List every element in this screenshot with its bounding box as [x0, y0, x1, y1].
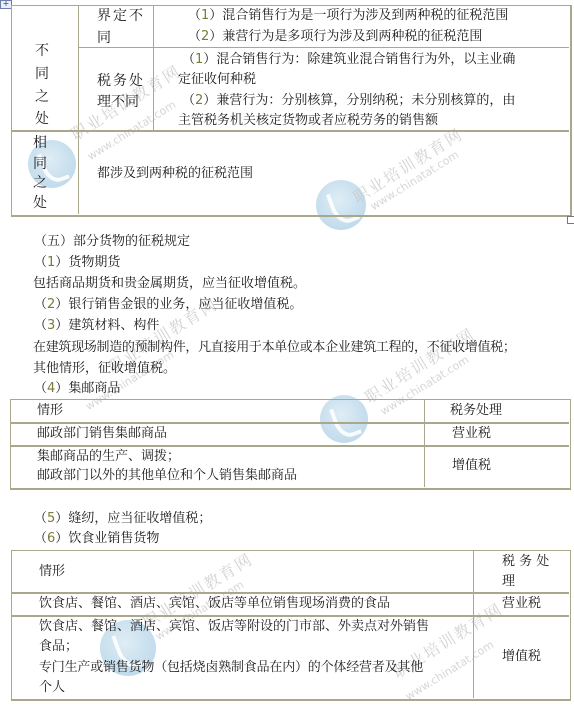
tax-label: 理不同: [97, 93, 139, 111]
item-title: 缝纫，应当征收增值税；: [68, 511, 211, 526]
item-heading: （1）货物期货: [34, 254, 120, 272]
column-header-tax: 税 务 处: [502, 553, 549, 571]
table-cell-case: 饮食店、餐馆、酒店、宾馆、饭店等附设的门市部、外卖点对外销售: [39, 618, 429, 636]
item-title: 集邮商品: [68, 381, 120, 396]
diff-label-char: 处: [32, 108, 52, 131]
column-header-case: 情形: [37, 402, 63, 420]
table-cell-case: 食品；: [39, 638, 78, 656]
item-number: 3: [47, 318, 55, 333]
column-header-tax: 税务处理: [450, 402, 502, 420]
tax-item-cont: 定征收何种税: [178, 71, 256, 89]
same-text: 都涉及到两种税的征税范围: [97, 165, 253, 183]
section-heading: （五）部分货物的征税规定: [34, 233, 190, 251]
item-body: 在建筑现场制造的预制构件，凡直接用于本单位或本企业建筑工程的，不征收增值税；: [33, 339, 516, 357]
definition-label: 同: [97, 29, 111, 47]
item-title: 货物期货: [68, 255, 120, 270]
table-cell-tax: 增值税: [502, 648, 541, 666]
table-divider: [78, 47, 569, 48]
item-number: 1: [195, 52, 203, 67]
table-cell-case: 专门生产或销售货物（包括烧卤熟制食品在内）的个体经营者及其他: [39, 659, 423, 677]
item-number: 2: [201, 29, 209, 44]
table-cell-case: 邮政部门以外的其他单位和个人销售集邮商品: [37, 467, 297, 485]
diff-label-char: 之: [32, 86, 52, 109]
table-cell-case: 饮食店、餐馆、酒店、宾馆、饭店等单位销售现场消费的食品: [39, 595, 390, 613]
definition-item: （2）兼营行为是多项行为涉及到两种税的征税范围: [188, 28, 482, 46]
item-heading: （5）缝纫，应当征收增值税；: [34, 510, 211, 528]
item-title: 银行销售金银的业务，应当征收增值税。: [68, 297, 302, 312]
item-heading: （6）饮食业销售货物: [34, 530, 159, 548]
table-divider: [11, 130, 569, 132]
item-body: 包括商品期货和贵金属期货，应当征收增值税。: [33, 275, 306, 293]
tax-item-cont: 主管税务机关核定货物或者应税劳务的销售额: [178, 112, 438, 130]
table-cell-tax: 营业税: [452, 425, 491, 443]
table-divider: [11, 592, 569, 594]
item-number: 1: [201, 8, 209, 23]
column-header-tax: 理: [502, 573, 515, 591]
item-number: 5: [47, 511, 55, 526]
item-title: 饮食业销售货物: [68, 531, 159, 546]
item-heading: （3）建筑材料、构件: [34, 317, 159, 335]
item-text: 混合销售行为：除建筑业混合销售行为外，以主业确: [216, 52, 515, 67]
table-divider: [473, 550, 474, 698]
table-divider: [10, 422, 569, 424]
item-number: 1: [47, 255, 55, 270]
tax-item: （2）兼营行为：分别核算，分别纳税；未分别核算的，由: [182, 92, 515, 110]
item-number: 4: [47, 381, 55, 396]
table-cell-case: 集邮商品的生产、调拨；: [37, 448, 180, 466]
item-text: 兼营行为：分别核算，分别纳税；未分别核算的，由: [216, 93, 515, 108]
same-label-char: 处: [30, 192, 50, 215]
column-header-case: 情形: [39, 563, 65, 581]
table-resize-handle[interactable]: [567, 216, 574, 224]
item-heading: （2）银行销售金银的业务，应当征收增值税。: [34, 296, 302, 314]
item-title: 建筑材料、构件: [68, 318, 159, 333]
tax-item: （1）混合销售行为：除建筑业混合销售行为外，以主业确: [182, 51, 515, 69]
diff-label-char: 不: [32, 40, 52, 63]
definition-label: 界定不: [97, 7, 145, 25]
table-cell-tax: 增值税: [452, 457, 491, 475]
item-number: 6: [47, 531, 55, 546]
item-body: 其他情形，征收增值税。: [33, 360, 176, 378]
table-divider: [153, 5, 154, 130]
same-label-char: 相: [30, 132, 50, 155]
table-cell-case: 个人: [39, 679, 65, 697]
table-divider: [11, 615, 569, 617]
item-number: 2: [195, 93, 203, 108]
table-divider: [424, 399, 425, 487]
tax-label: 税务处: [97, 72, 145, 90]
item-text: 兼营行为是多项行为涉及到两种税的征税范围: [222, 29, 482, 44]
table-cell-tax: 营业税: [502, 595, 541, 613]
table-divider: [78, 5, 79, 214]
definition-item: （1）混合销售行为是一项行为涉及到两种税的征税范围: [188, 7, 508, 25]
item-heading: （4）集邮商品: [34, 380, 120, 398]
item-text: 混合销售行为是一项行为涉及到两种税的征税范围: [222, 8, 508, 23]
table-cell-case: 邮政部门销售集邮商品: [37, 425, 167, 443]
item-number: 2: [47, 297, 55, 312]
diff-label-char: 同: [32, 63, 52, 86]
table-divider: [10, 445, 569, 447]
